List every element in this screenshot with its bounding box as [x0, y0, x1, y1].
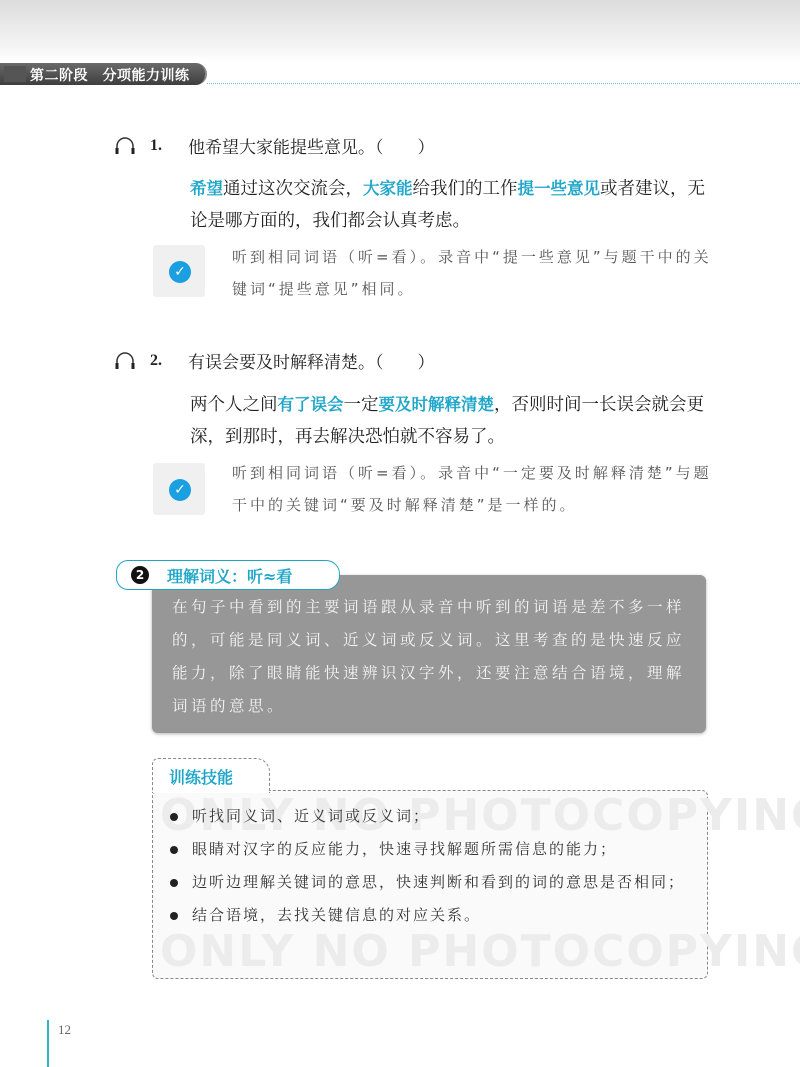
page-number: 12: [58, 1022, 71, 1038]
highlight-keyword: 大家能: [363, 179, 413, 198]
skills-heading-tab: 训练技能: [152, 758, 270, 793]
headphones-icon[interactable]: [114, 137, 136, 155]
explanation-1: 听到相同词语（听=看）。录音中“提一些意见”与题干中的关键词“提些意见”相同。: [232, 241, 712, 305]
question-stem: 他希望大家能提些意见。（ ）: [188, 133, 435, 158]
stage-header-bar: 第二阶段 分项能力训练: [0, 63, 207, 85]
section-number-badge: 2: [131, 566, 149, 584]
stage-title: 第二阶段 分项能力训练: [30, 65, 190, 85]
skills-item: 眼睛对汉字的反应能力，快速寻找解题所需信息的能力；: [168, 833, 698, 866]
transcript-text: 给我们的工作: [413, 179, 518, 199]
watermark-text: ONLY NO PHOTOCOPYING: [160, 926, 800, 977]
highlight-keyword: 提一些意见: [518, 179, 601, 198]
section-description-box: 在句子中看到的主要词语跟从录音中听到的词语是差不多一样的，可能是同义词、近义词或…: [152, 575, 706, 733]
check-circle-icon: ✓: [169, 261, 191, 283]
question-1: 1. 他希望大家能提些意见。（ ）: [114, 133, 435, 158]
transcript-text: 通过这次交流会，: [223, 179, 363, 199]
highlight-keyword: 要及时解释清楚: [379, 395, 495, 414]
transcript-text: 两个人之间: [190, 395, 278, 415]
explanation-2: 听到相同词语（听=看）。录音中“一定要及时解释清楚”与题干中的关键词“要及时解释…: [232, 457, 712, 521]
transcript-2: 两个人之间有了误会一定要及时解释清楚，否则时间一长误会就会更深，到那时，再去解决…: [190, 389, 710, 453]
question-number: 1.: [150, 137, 188, 155]
answer-check-box: ✓: [153, 245, 205, 297]
section-description: 在句子中看到的主要词语跟从录音中听到的词语是差不多一样的，可能是同义词、近义词或…: [172, 591, 692, 723]
question-stem: 有误会要及时解释清楚。（ ）: [188, 348, 435, 373]
answer-check-box: ✓: [153, 463, 205, 515]
page-margin-rule: [47, 1020, 49, 1067]
highlight-keyword: 有了误会: [278, 395, 344, 414]
section-heading-tab: 2 理解词义：听≈看: [116, 560, 340, 590]
question-2: 2. 有误会要及时解释清楚。（ ）: [114, 348, 435, 373]
transcript-1: 希望通过这次交流会，大家能给我们的工作提一些意见或者建议，无论是哪方面的，我们都…: [190, 173, 710, 237]
section-title: 理解词义：听≈看: [167, 564, 292, 587]
headphones-icon[interactable]: [114, 352, 136, 370]
header-dotted-rule: [207, 83, 800, 84]
skills-item: 听找同义词、近义词或反义词；: [168, 800, 698, 833]
highlight-keyword: 希望: [190, 179, 223, 198]
question-number: 2.: [150, 352, 188, 370]
skills-item: 结合语境，去找关键信息的对应关系。: [168, 899, 698, 932]
page-top-gradient: [0, 0, 800, 62]
check-circle-icon: ✓: [169, 479, 191, 501]
skills-list: 听找同义词、近义词或反义词； 眼睛对汉字的反应能力，快速寻找解题所需信息的能力；…: [168, 800, 698, 932]
skills-item: 边听边理解关键词的意思，快速判断和看到的词的意思是否相同；: [168, 866, 698, 899]
stage-bar-stripe: [4, 66, 26, 82]
skills-title: 训练技能: [169, 765, 233, 788]
transcript-text: 一定: [344, 395, 379, 415]
